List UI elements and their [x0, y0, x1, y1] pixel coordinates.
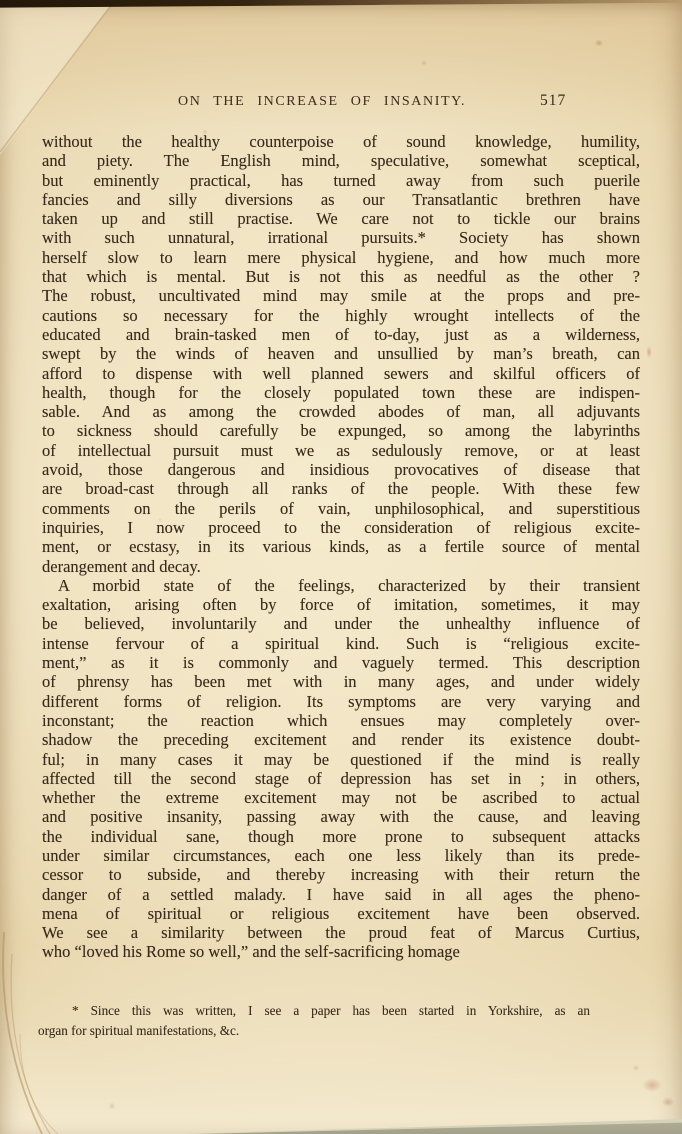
text-line: derangement and decay.	[42, 557, 640, 576]
text-line: comments on the perils of vain, unphilos…	[42, 499, 640, 518]
text-line: ment, or ecstasy, in its various kinds, …	[42, 537, 640, 556]
text-line: organ for spiritual manifestations, &c.	[38, 1021, 590, 1041]
text-line: with such unnatural, irrational pursuits…	[42, 228, 640, 247]
text-line: A morbid state of the feelings, characte…	[42, 576, 640, 595]
text-line: inquiries, I now proceed to the consider…	[42, 518, 640, 537]
text-line: to sickness should carefully be expunged…	[42, 421, 640, 440]
text-line: whether the extreme excitement may not b…	[42, 788, 640, 807]
text-line: are broad-cast through all ranks of the …	[42, 479, 640, 498]
running-head-title: ON THE INCREASE OF INSANITY.	[178, 94, 466, 110]
text-line: taken up and still practise. We care not…	[42, 209, 640, 228]
text-line: avoid, those dangerous and insidious pro…	[42, 460, 640, 479]
text-line: and piety. The English mind, speculative…	[42, 151, 640, 170]
text-line: who “loved his Rome so well,” and the se…	[42, 942, 640, 961]
text-line: sable. And as among the crowded abodes o…	[42, 402, 640, 421]
text-line: We see a similarity between the proud fe…	[42, 923, 640, 942]
text-line: mena of spiritual or religious excitemen…	[42, 904, 640, 923]
text-line: cautions so necessary for the highly wro…	[42, 306, 640, 325]
text-line: of intellectual pursuit must we as sedul…	[42, 441, 640, 460]
text-line: different forms of religion. Its symptom…	[42, 692, 640, 711]
text-line: that which is mental. But is not this as…	[42, 267, 640, 286]
text-line: danger of a settled malady. I have said …	[42, 885, 640, 904]
text-line: herself slow to learn mere physical hygi…	[42, 248, 640, 267]
text-line: * Since this was written, I see a paper …	[38, 1001, 590, 1021]
page-curl-lines	[0, 914, 90, 1134]
text-line: ful; in many cases it may be questioned …	[42, 750, 640, 769]
paragraph: A morbid state of the feelings, characte…	[42, 576, 640, 962]
text-line: be believed, involuntarily and under the…	[42, 614, 640, 633]
text-line: ment,” as it is commonly and vaguely ter…	[42, 653, 640, 672]
text-line: swept by the winds of heaven and unsulli…	[42, 344, 640, 363]
footnote: * Since this was written, I see a paper …	[38, 1001, 590, 1040]
text-line: fancies and silly diversions as our Tran…	[42, 190, 640, 209]
text-line: educated and brain-tasked men of to-day,…	[42, 325, 640, 344]
text-line: health, though for the closely populated…	[42, 383, 640, 402]
scanned-book-page: ON THE INCREASE OF INSANITY. 517 without…	[0, 0, 682, 1134]
text-line: afford to dispense with well planned sew…	[42, 364, 640, 383]
text-line: but eminently practical, has turned away…	[42, 171, 640, 190]
text-line: exaltation, arising often by force of im…	[42, 595, 640, 614]
text-line: without the healthy counterpoise of soun…	[42, 132, 640, 151]
paragraph: without the healthy counterpoise of soun…	[42, 132, 640, 576]
text-line: the individual sane, though more prone t…	[42, 827, 640, 846]
text-line: of phrensy has been met with in many age…	[42, 672, 640, 691]
text-line: inconstant; the reaction which ensues ma…	[42, 711, 640, 730]
text-line: and positive insanity, passing away with…	[42, 807, 640, 826]
text-line: shadow the preceding excitement and rend…	[42, 730, 640, 749]
text-line: The robust, uncultivated mind may smile …	[42, 286, 640, 305]
text-line: under similar circumstances, each one le…	[42, 846, 640, 865]
text-line: intense fervour of a spiritual kind. Suc…	[42, 634, 640, 653]
page-number: 517	[540, 92, 566, 110]
text-line: affected till the second stage of depres…	[42, 769, 640, 788]
body-text: without the healthy counterpoise of soun…	[42, 132, 640, 962]
text-line: cessor to subside, and thereby increasin…	[42, 865, 640, 884]
